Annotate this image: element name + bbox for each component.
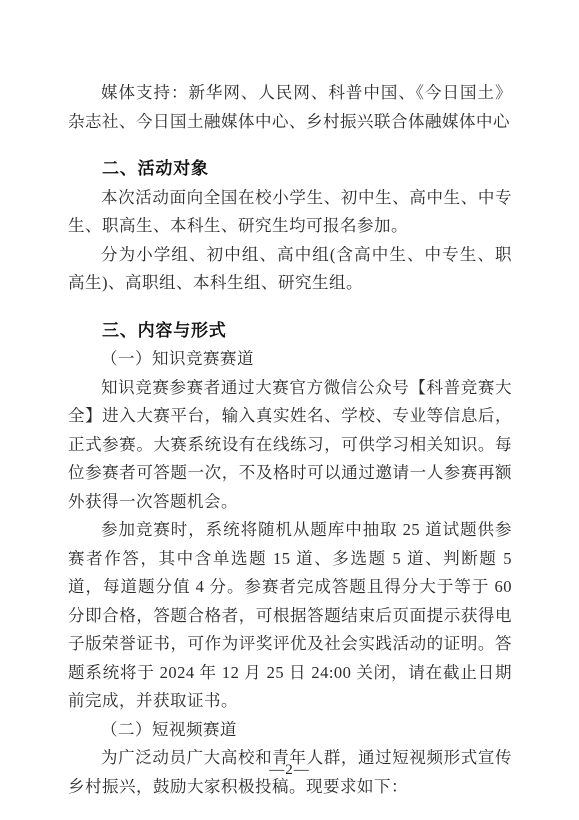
subheading-knowledge-quiz-track: （一）知识竞赛赛道 <box>68 345 512 374</box>
page-number: —2— <box>0 762 579 779</box>
paragraph-group-divisions: 分为小学组、初中组、高中组(含高中生、中专生、职高生)、高职组、本科生组、研究生… <box>68 241 512 298</box>
paragraph-eligible-students: 本次活动面向全国在校小学生、初中生、高中生、中专生、职高生、本科生、研究生均可报… <box>68 184 512 241</box>
section-heading-activity-targets: 二、活动对象 <box>68 155 512 184</box>
subheading-short-video-track: （二）短视频赛道 <box>68 716 512 745</box>
paragraph-quiz-rules: 参加竞赛时，系统将随机从题库中抽取 25 道试题供参赛者作答，其中含单选题 15… <box>68 516 512 716</box>
section-heading-content-and-format: 三、内容与形式 <box>68 317 512 346</box>
paragraph-media-support: 媒体支持：新华网、人民网、科普中国、《今日国土》杂志社、今日国土融媒体中心、乡村… <box>68 79 512 136</box>
paragraph-quiz-registration: 知识竞赛参赛者通过大赛官方微信公众号【科普竞赛大全】进入大赛平台，输入真实姓名、… <box>68 374 512 517</box>
document-content: 媒体支持：新华网、人民网、科普中国、《今日国土》杂志社、今日国土融媒体中心、乡村… <box>68 79 512 801</box>
document-page: 媒体支持：新华网、人民网、科普中国、《今日国土》杂志社、今日国土融媒体中心、乡村… <box>0 0 579 820</box>
